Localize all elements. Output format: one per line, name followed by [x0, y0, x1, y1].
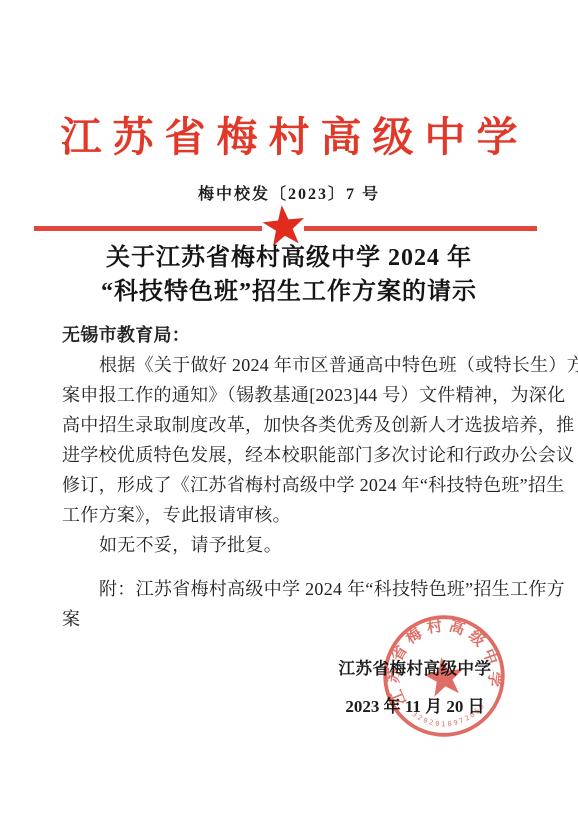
paragraph-line: 进学校优质特色发展，经本校职能部门多次讨论和行政办公会议	[62, 440, 524, 470]
red-rule-right-segment	[304, 226, 537, 231]
attachment-line: 附：江苏省梅村高级中学 2024 年“科技特色班”招生工作方	[62, 574, 524, 604]
official-seal: 江苏省梅村高级中学 3202010972050	[373, 605, 515, 747]
document-title-line1: 关于江苏省梅村高级中学 2024 年	[0, 241, 578, 275]
paragraph-line: 案申报工作的通知》（锡教基通[2023]44 号）文件精神，为深化	[62, 380, 524, 410]
red-rule-left-segment	[34, 226, 262, 231]
official-letter-page: 江苏省梅村高级中学 梅中校发〔2023〕7 号 关于江苏省梅村高级中学 2024…	[0, 0, 578, 817]
closing-line: 如无不妥，请予批复。	[62, 530, 524, 560]
letterhead-school-name: 江苏省梅村高级中学	[0, 104, 578, 163]
paragraph-line: 高中招生录取制度改革，加快各类优秀及创新人才选拔培养，推	[62, 410, 524, 440]
salutation: 无锡市教育局：	[62, 320, 524, 350]
seal-code: 3202010972050	[410, 700, 490, 733]
paragraph-line: 工作方案》，专此报请审核。	[62, 500, 524, 530]
letter-body: 无锡市教育局： 根据《关于做好 2024 年市区普通高中特色班（或特长生）方 案…	[62, 320, 524, 634]
paragraph-line: 修订，形成了《江苏省梅村高级中学 2024 年“科技特色班”招生	[62, 470, 524, 500]
document-title-line2: “科技特色班”招生工作方案的请示	[0, 275, 578, 309]
document-title: 关于江苏省梅村高级中学 2024 年 “科技特色班”招生工作方案的请示	[0, 241, 578, 309]
seal-star-icon	[422, 655, 467, 698]
paragraph-line: 根据《关于做好 2024 年市区普通高中特色班（或特长生）方	[62, 350, 524, 380]
